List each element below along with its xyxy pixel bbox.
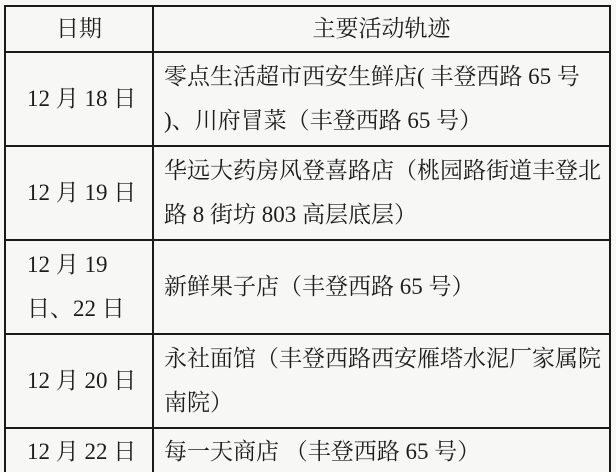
activity-trace-table: 日期 主要活动轨迹 12 月 18 日 零点生活超市西安生鲜店( 丰登西路 65… xyxy=(4,5,611,472)
header-date: 日期 xyxy=(5,6,153,52)
header-activity: 主要活动轨迹 xyxy=(153,6,610,52)
date-cell: 12 月 18 日 xyxy=(5,52,153,146)
table-row: 12 月 20 日 永社面馆（丰登西路西安雁塔水泥厂家属院南院） xyxy=(5,334,610,428)
activity-cell: 新鲜果子店（丰登西路 65 号） xyxy=(153,240,610,334)
activity-cell: 永社面馆（丰登西路西安雁塔水泥厂家属院南院） xyxy=(153,334,610,428)
date-cell: 12 月 20 日 xyxy=(5,334,153,428)
activity-cell: 每一天商店 （丰登西路 65 号） xyxy=(153,428,610,472)
activity-cell: 华远大药房风登喜路店（桃园路街道丰登北路 8 街坊 803 高层底层） xyxy=(153,146,610,240)
table-row: 12 月 19 日 华远大药房风登喜路店（桃园路街道丰登北路 8 街坊 803 … xyxy=(5,146,610,240)
header-row: 日期 主要活动轨迹 xyxy=(5,6,610,52)
table-row: 12 月 22 日 每一天商店 （丰登西路 65 号） xyxy=(5,428,610,472)
activity-cell: 零点生活超市西安生鲜店( 丰登西路 65 号 )、川府冒菜（丰登西路 65 号） xyxy=(153,52,610,146)
table-row: 12 月 19 日、22 日 新鲜果子店（丰登西路 65 号） xyxy=(5,240,610,334)
date-cell: 12 月 22 日 xyxy=(5,428,153,472)
table-row: 12 月 18 日 零点生活超市西安生鲜店( 丰登西路 65 号 )、川府冒菜（… xyxy=(5,52,610,146)
date-cell: 12 月 19 日 xyxy=(5,146,153,240)
date-cell: 12 月 19 日、22 日 xyxy=(5,240,153,334)
